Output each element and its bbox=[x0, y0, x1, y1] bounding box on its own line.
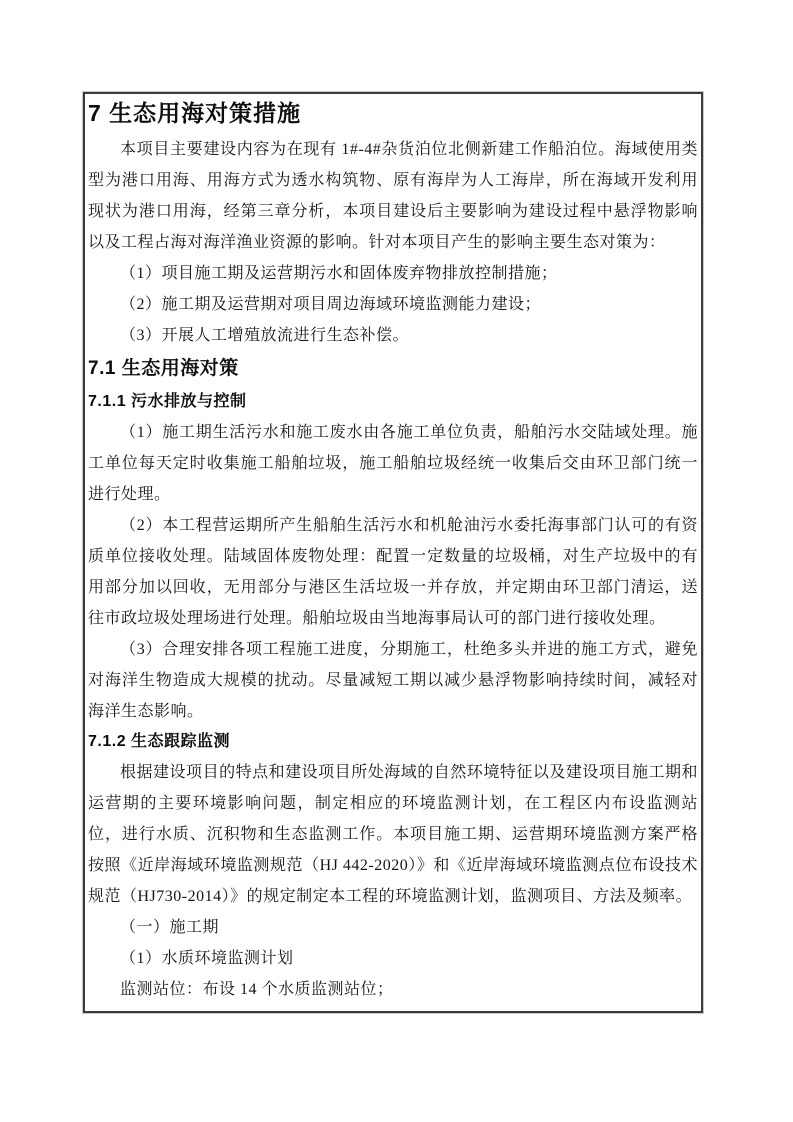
monitoring-plan-paragraph: 根据建设项目的特点和建设项目所处海域的自然环境特征以及建设项目施工期和运营期的主… bbox=[88, 757, 698, 912]
sewage-control-paragraph-3: （3）合理安排各项工程施工进度，分期施工，杜绝多头并进的施工方式，避免对海洋生物… bbox=[88, 634, 698, 727]
measure-item-2: （2）施工期及运营期对项目周边海域环境监测能力建设； bbox=[88, 289, 698, 320]
project-overview-paragraph: 本项目主要建设内容为在现有 1#-4#杂货泊位北侧新建工作船泊位。海域使用类型为… bbox=[88, 134, 698, 258]
sewage-control-paragraph-2: （2）本工程营运期所产生船舶生活污水和机舱油污水委托海事部门认可的有资质单位接收… bbox=[88, 510, 698, 634]
section-7-1-1-heading: 7.1.1 污水排放与控制 bbox=[88, 387, 698, 417]
document-table-cell: 7 生态用海对策措施 本项目主要建设内容为在现有 1#-4#杂货泊位北侧新建工作… bbox=[83, 92, 703, 1013]
construction-period-line: （一）施工期 bbox=[88, 912, 698, 943]
sewage-control-paragraph-1: （1）施工期生活污水和施工废水由各施工单位负责，船舶污水交陆域处理。施工单位每天… bbox=[88, 417, 698, 510]
monitoring-stations-line: 监测站位：布设 14 个水质监测站位； bbox=[88, 974, 698, 1005]
chapter-heading: 7 生态用海对策措施 bbox=[88, 96, 698, 130]
section-7-1-2-heading: 7.1.2 生态跟踪监测 bbox=[88, 727, 698, 757]
measure-item-3: （3）开展人工增殖放流进行生态补偿。 bbox=[88, 320, 698, 351]
section-7-1-heading: 7.1 生态用海对策 bbox=[88, 351, 698, 387]
water-quality-plan-line: （1）水质环境监测计划 bbox=[88, 943, 698, 974]
measure-item-1: （1）项目施工期及运营期污水和固体废弃物排放控制措施； bbox=[88, 258, 698, 289]
document-page: 7 生态用海对策措施 本项目主要建设内容为在现有 1#-4#杂货泊位北侧新建工作… bbox=[0, 0, 793, 1122]
